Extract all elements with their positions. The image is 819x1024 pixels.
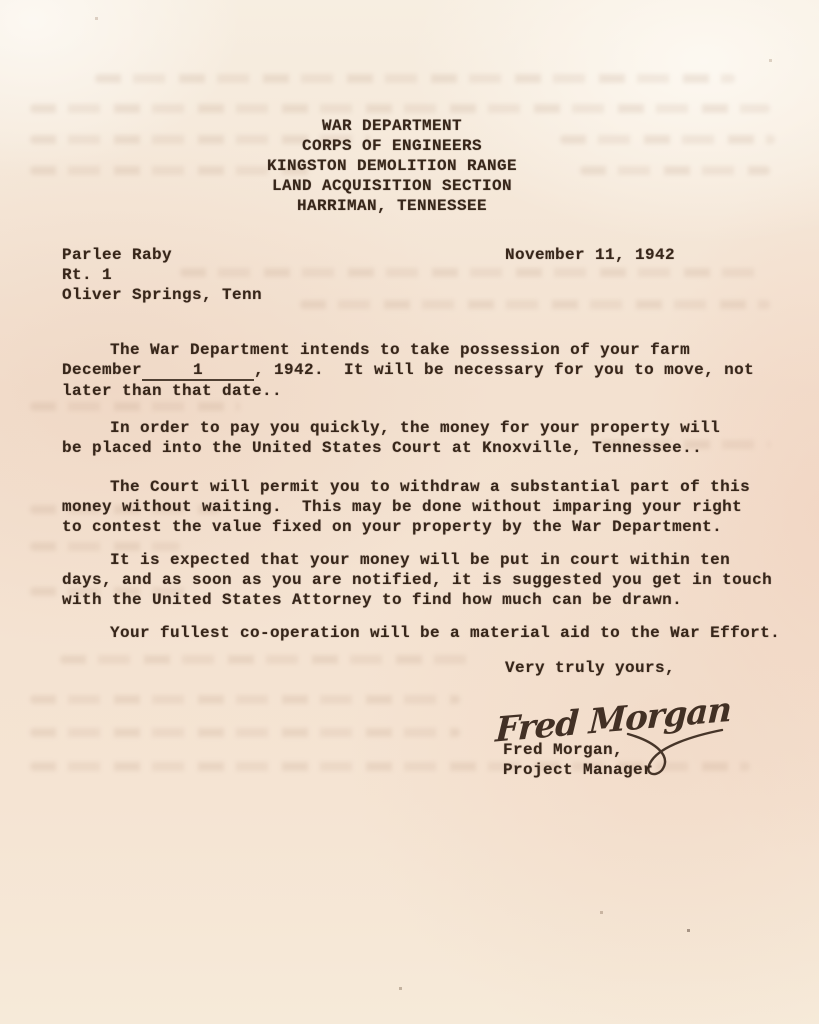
paragraph-1: The War Department intends to take posse… xyxy=(62,340,772,401)
letterhead-line-1: WAR DEPARTMENT xyxy=(0,116,784,136)
typed-signature-name: Fred Morgan, xyxy=(503,740,623,760)
paragraph-2-line-2: be placed into the United States Court a… xyxy=(62,438,772,458)
paragraph-1-line-3: later than that date.. xyxy=(62,381,772,401)
paragraph-3-line-1: The Court will permit you to withdraw a … xyxy=(62,477,772,497)
letterhead-line-5: HARRIMAN, TENNESSEE xyxy=(0,196,784,216)
paragraph-1-line-1: The War Department intends to take posse… xyxy=(62,340,772,360)
paragraph-4-line-1: It is expected that your money will be p… xyxy=(62,550,772,570)
paragraph-1-line-2: December1, 1942. It will be necessary fo… xyxy=(62,360,772,381)
letterhead-line-3: KINGSTON DEMOLITION RANGE xyxy=(0,156,784,176)
letterhead-line-2: CORPS OF ENGINEERS xyxy=(0,136,784,156)
letterhead: WAR DEPARTMENT CORPS OF ENGINEERS KINGST… xyxy=(0,116,784,216)
letter-date: November 11, 1942 xyxy=(505,245,675,265)
paragraph-4: It is expected that your money will be p… xyxy=(62,550,772,610)
letter-page: WAR DEPARTMENT CORPS OF ENGINEERS KINGST… xyxy=(0,0,819,1024)
typed-signature-title: Project Manager xyxy=(503,760,653,780)
paragraph-4-line-2: days, and as soon as you are notified, i… xyxy=(62,570,772,590)
letterhead-line-4: LAND ACQUISITION SECTION xyxy=(0,176,784,196)
possession-date-label: December xyxy=(62,361,142,379)
closing-line: Your fullest co-operation will be a mate… xyxy=(110,623,780,643)
paragraph-3-line-3: to contest the value fixed on your prope… xyxy=(62,517,772,537)
paper-specks xyxy=(0,0,1,1)
paragraph-3-line-2: money without waiting. This may be done … xyxy=(62,497,772,517)
recipient-address2: Oliver Springs, Tenn xyxy=(62,285,262,305)
paragraph-1-line-2-rest: , 1942. It will be necessary for you to … xyxy=(254,361,754,379)
valediction: Very truly yours, xyxy=(505,658,675,678)
recipient-name: Parlee Raby xyxy=(62,245,172,265)
possession-date-blank: 1 xyxy=(142,362,254,381)
paragraph-2: In order to pay you quickly, the money f… xyxy=(62,418,772,458)
paragraph-4-line-3: with the United States Attorney to find … xyxy=(62,590,772,610)
paragraph-2-line-1: In order to pay you quickly, the money f… xyxy=(62,418,772,438)
recipient-address1: Rt. 1 xyxy=(62,265,112,285)
paragraph-3: The Court will permit you to withdraw a … xyxy=(62,477,772,537)
